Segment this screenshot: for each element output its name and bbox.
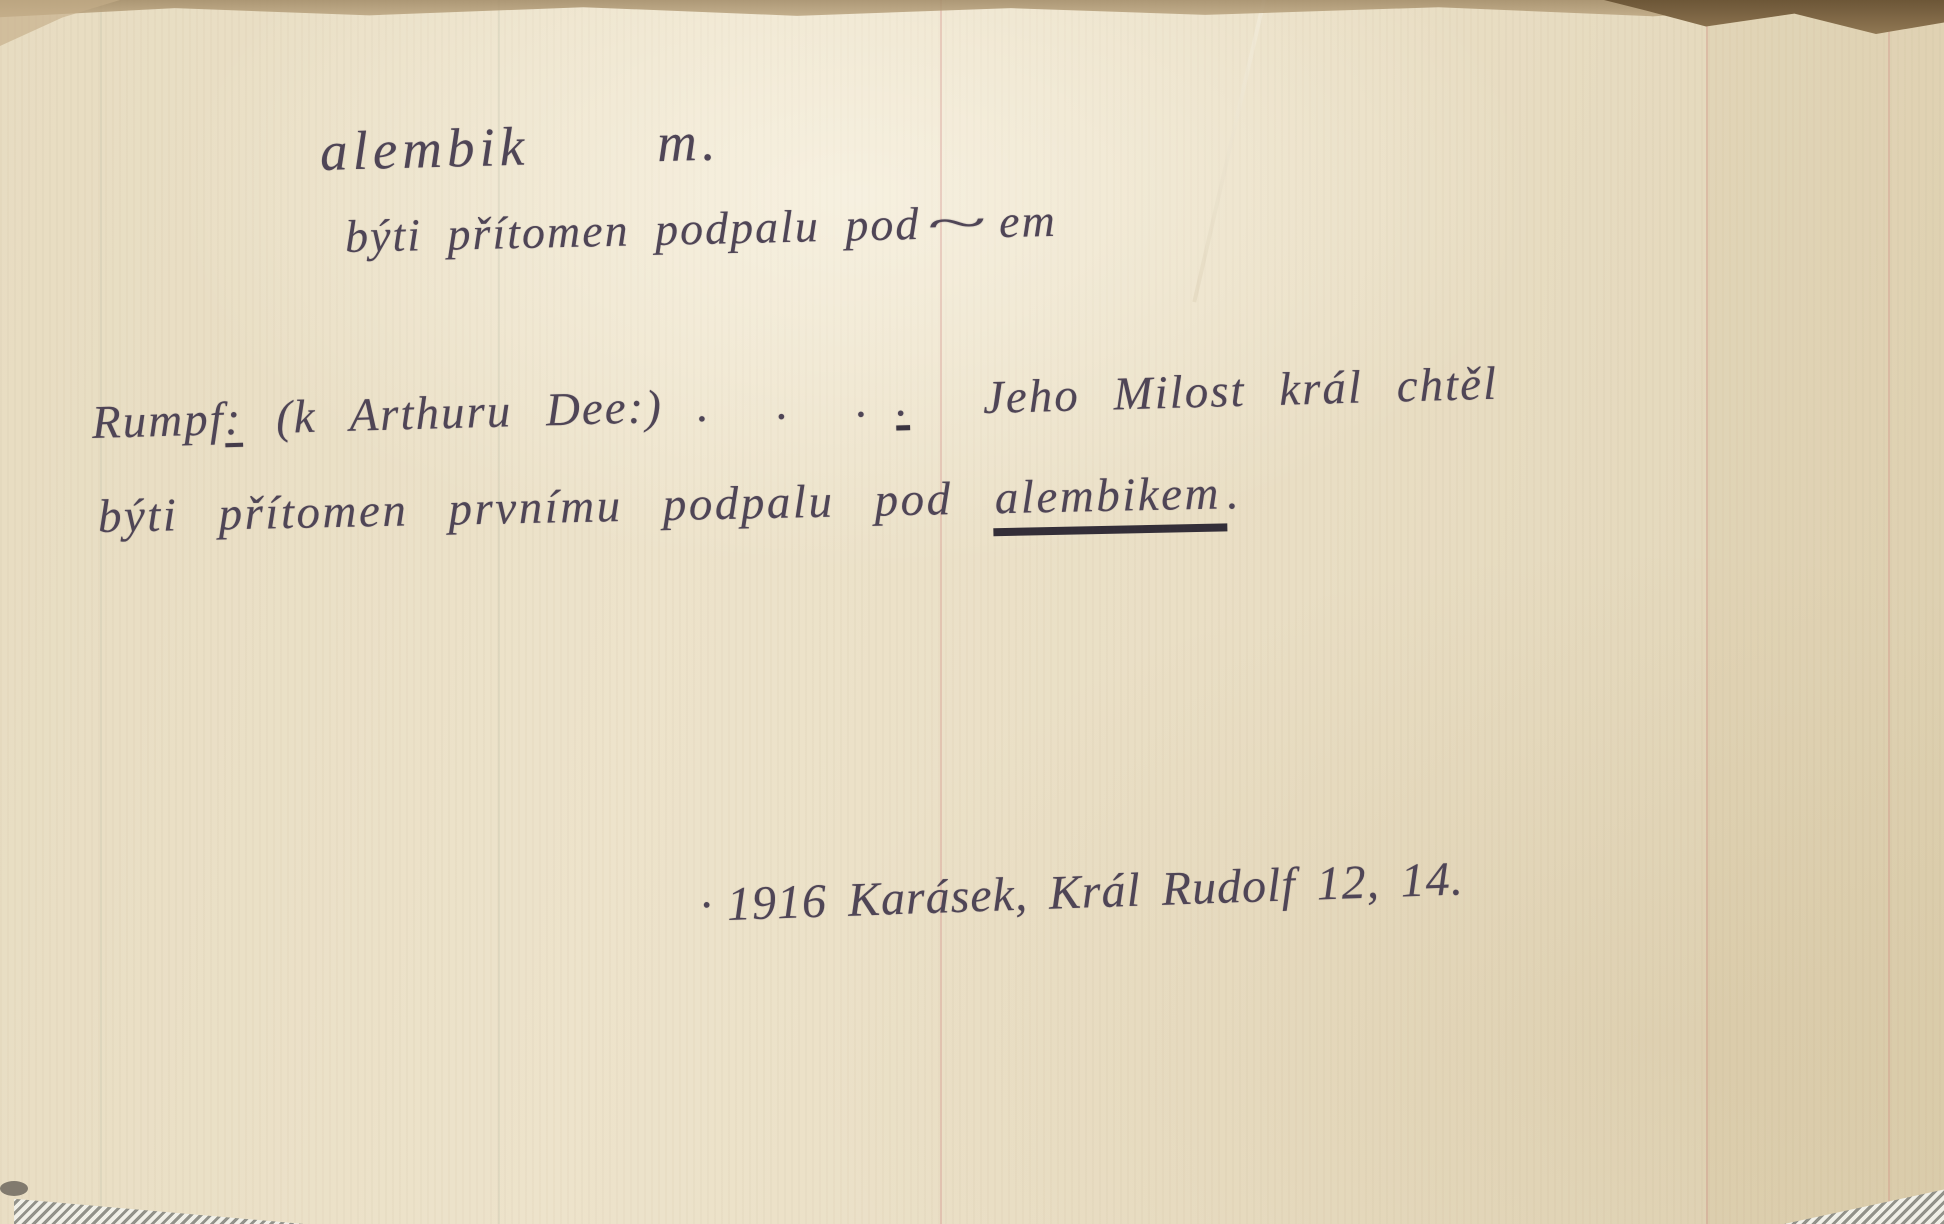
quote-author: Rumpf bbox=[91, 393, 225, 449]
hatched-corner-bottom-left bbox=[14, 1182, 304, 1224]
paper-crease bbox=[1192, 0, 1266, 303]
headword-line: alembikm. bbox=[319, 110, 721, 183]
quotation-line-2: býti přítomen prvnímu podpalu pod alembi… bbox=[97, 466, 1242, 555]
marked-dot: . bbox=[895, 374, 910, 426]
usage-phrase-line: býti přítomen podpalu pod~em bbox=[344, 194, 1057, 263]
citation-pages: 12, 14. bbox=[1316, 852, 1465, 910]
ink-smudge bbox=[0, 1181, 28, 1196]
faint-rule-line bbox=[498, 0, 500, 1224]
citation-source: Karásek, Král Rudolf bbox=[847, 858, 1297, 927]
underlined-keyword: alembikem bbox=[992, 466, 1227, 536]
quote-context-note: (k Arthuru Dee:) bbox=[275, 381, 663, 444]
quotation-line-1: Rumpf: (k Arthuru Dee:). . .. Jeho Milos… bbox=[91, 357, 1498, 450]
quote-text-2: býti přítomen prvnímu podpalu pod bbox=[97, 473, 953, 543]
citation-year: 1916 bbox=[726, 875, 828, 931]
headword: alembik bbox=[319, 116, 530, 182]
citation-lead-mark: · bbox=[699, 879, 714, 932]
tilde-placeholder: ~ bbox=[927, 195, 993, 249]
scanned-archive-card: alembikm. býti přítomen podpalu pod~em R… bbox=[0, 0, 1944, 1224]
faint-rule-line bbox=[100, 0, 102, 1224]
quote-period: . bbox=[1226, 467, 1241, 519]
citation-line: ·1916 Karásek, Král Rudolf 12, 14. bbox=[699, 851, 1464, 933]
quote-text-1: Jeho Milost král chtěl bbox=[982, 358, 1498, 424]
paper-shading-band bbox=[1706, 0, 1944, 1224]
pink-ruled-line bbox=[940, 0, 942, 1224]
usage-phrase-prefix: býti přítomen podpalu pod bbox=[344, 198, 920, 262]
gender-abbreviation: m. bbox=[656, 111, 721, 174]
quote-author-colon: : bbox=[224, 393, 243, 445]
ellipsis-dots: . . . bbox=[696, 375, 868, 432]
usage-phrase-suffix: em bbox=[999, 195, 1058, 247]
